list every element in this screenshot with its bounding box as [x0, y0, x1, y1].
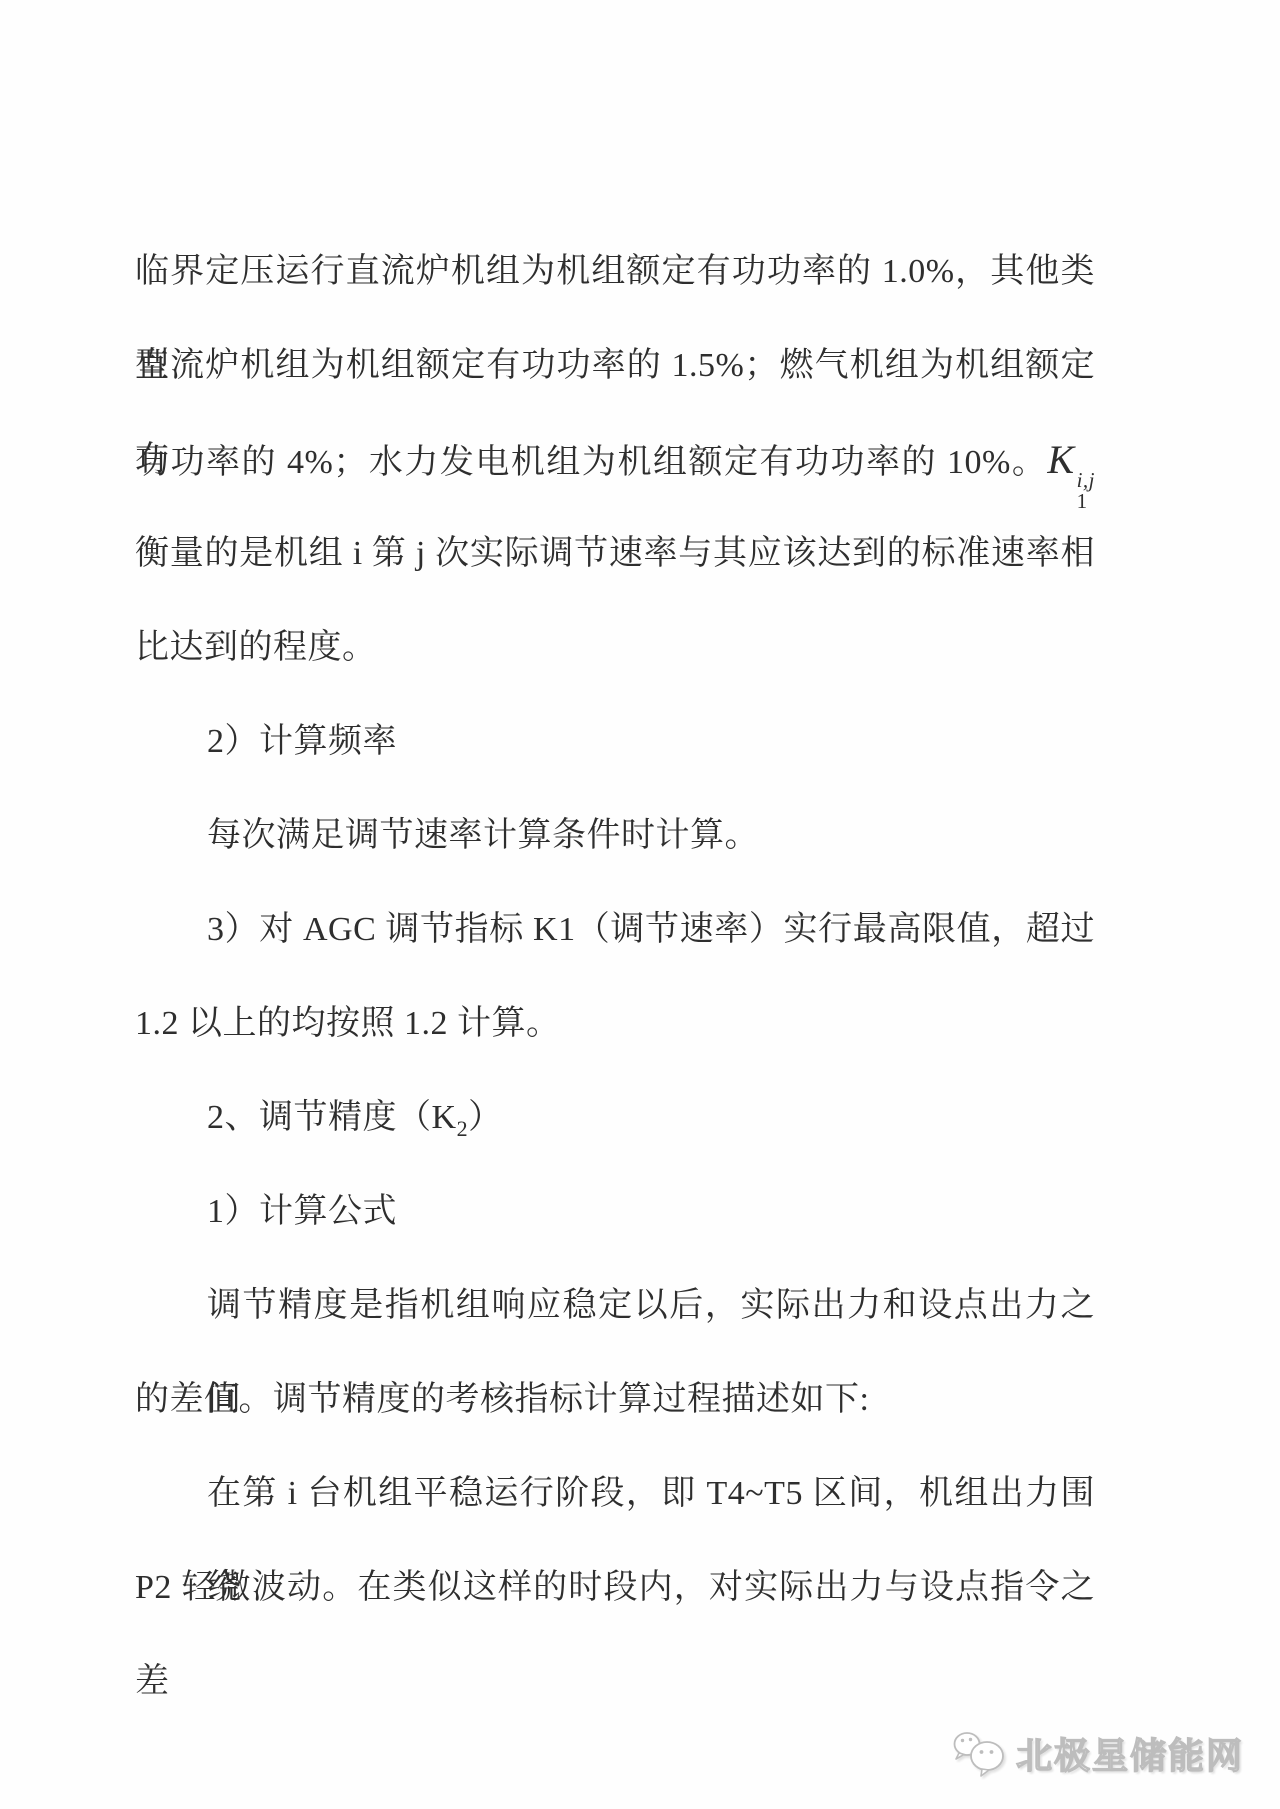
text-line-13: 的差值。调节精度的考核指标计算过程描述如下:	[135, 1353, 1095, 1447]
text-line-4: 衡量的是机组 i 第 j 次实际调节速率与其应该达到的标准速率相	[135, 507, 1095, 601]
text-line-5: 比达到的程度。	[135, 601, 1095, 695]
watermark-text: 北极星储能网	[1016, 1728, 1244, 1779]
wechat-icon	[952, 1729, 1006, 1779]
text-line-12: 调节精度是指机组响应稳定以后，实际出力和设点出力之间	[135, 1259, 1095, 1353]
text-line-3: 功功率的 4%；水力发电机组为机组额定有功功率的 10%。Ki,j1	[135, 413, 1095, 507]
document-text: 临界定压运行直流炉机组为机组额定有功功率的 1.0%，其他类型 直流炉机组为机组…	[0, 0, 1280, 1635]
k1-formula: Ki,j1	[1047, 413, 1095, 512]
text-line-6: 2）计算频率	[135, 695, 1095, 789]
k2-subscript: 2	[457, 1116, 469, 1141]
text-line-8: 3）对 AGC 调节指标 K1（调节速率）实行最高限值，超过	[135, 883, 1095, 977]
line-text: P2 轻微波动。在类似这样的时段内，对实际出力与设点指令之差	[135, 1569, 1095, 1700]
line-text: 衡量的是机组 i 第 j 次实际调节速率与其应该达到的标准速率相	[135, 535, 1095, 572]
text-line-11: 1）计算公式	[135, 1165, 1095, 1259]
text-line-14: 在第 i 台机组平稳运行阶段，即 T4~T5 区间，机组出力围绕	[135, 1447, 1095, 1541]
text-line-2: 直流炉机组为机组额定有功功率的 1.5%；燃气机组为机组额定有	[135, 319, 1095, 413]
line-text: 3）对 AGC 调节指标 K1（调节速率）实行最高限值，超过	[207, 911, 1095, 948]
formula-scripts: i,j1	[1077, 470, 1095, 512]
formula-superscript: i,j	[1077, 470, 1095, 491]
text-line-10: 2、调节精度（K2）	[135, 1071, 1095, 1165]
line-text: 2）计算频率	[207, 723, 397, 760]
line-text: 1）计算公式	[207, 1193, 397, 1230]
text-line-15: P2 轻微波动。在类似这样的时段内，对实际出力与设点指令之差	[135, 1541, 1095, 1635]
line-text: 比达到的程度。	[135, 629, 377, 666]
line-text: 1.2 以上的均按照 1.2 计算。	[135, 1005, 561, 1042]
formula-base: K	[1047, 437, 1074, 482]
line-text: 每次满足调节速率计算条件时计算。	[207, 817, 759, 854]
document-page: 临界定压运行直流炉机组为机组额定有功功率的 1.0%，其他类型 直流炉机组为机组…	[0, 0, 1280, 1809]
line-text: 2、调节精度（K	[207, 1099, 457, 1136]
text-line-1: 临界定压运行直流炉机组为机组额定有功功率的 1.0%，其他类型	[135, 225, 1095, 319]
text-line-9: 1.2 以上的均按照 1.2 计算。	[135, 977, 1095, 1071]
watermark: 北极星储能网	[952, 1728, 1244, 1779]
line-text: ）	[468, 1099, 503, 1136]
line-text: 功功率的 4%；水力发电机组为机组额定有功功率的 10%。	[135, 444, 1047, 481]
text-line-7: 每次满足调节速率计算条件时计算。	[135, 789, 1095, 883]
line-text: 的差值。调节精度的考核指标计算过程描述如下:	[135, 1381, 869, 1418]
